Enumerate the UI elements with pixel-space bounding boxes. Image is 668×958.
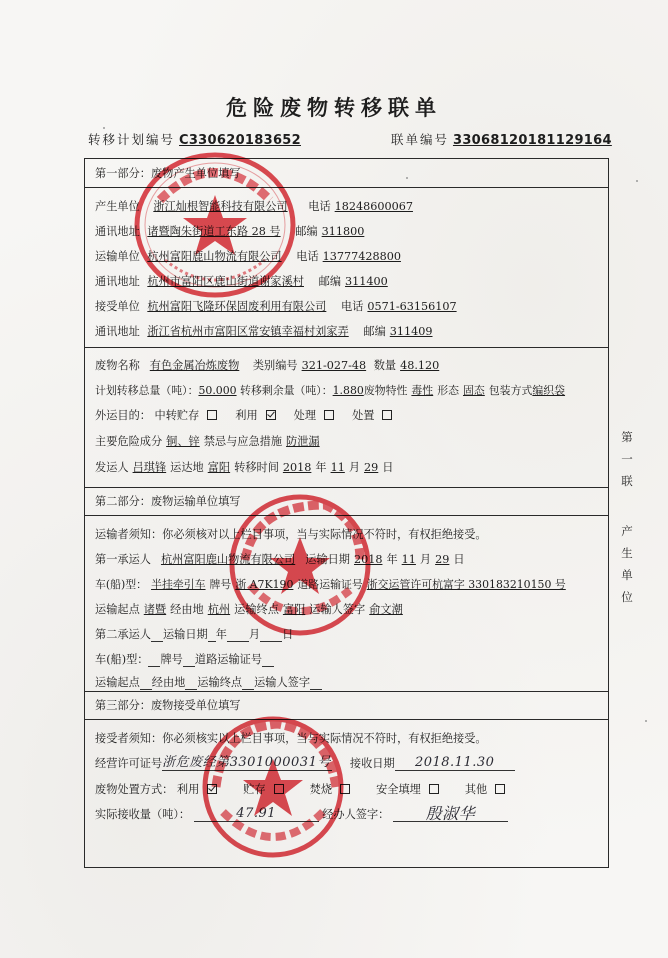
transfer-plan-number: C330620183652 <box>179 133 301 148</box>
hazard-row: 主要危险成分铜、锌禁忌与应急措施防泄漏 <box>95 435 602 449</box>
route2-start-label: 运输起点 <box>95 676 140 689</box>
divider <box>85 187 608 188</box>
transporter-phone: 13777428800 <box>319 250 405 263</box>
producer-address-row: 通讯地址 诸暨陶朱街道工东路 28 号 邮编311800 <box>95 225 602 239</box>
waste-name: 有色金属冶炼废物 <box>140 359 250 372</box>
vehicle1-type-label: 车(船)型： <box>95 578 147 591</box>
disposal-checkbox[interactable] <box>495 784 505 794</box>
shipper-label: 发运人 <box>95 461 129 474</box>
purpose-label: 外运目的： <box>95 409 151 422</box>
day-unit: 日 <box>282 628 293 641</box>
purpose-checkbox[interactable] <box>207 410 217 420</box>
purpose-option-label: 利用 <box>235 409 257 422</box>
waste-quantity-label: 数量 <box>374 359 396 372</box>
handler-signature: 殷淑华 <box>393 807 508 822</box>
form-label: 形态 <box>437 384 459 397</box>
carrier2-row: 第二承运人运输日期年月日 <box>95 628 602 642</box>
month-unit: 月 <box>349 461 360 474</box>
actual-row: 实际接收量（吨）： 47.91 经办人签字： 殷淑华 <box>95 807 602 822</box>
carrier1-value: 杭州富阳鹿山物流有限公司 <box>151 553 305 566</box>
carrier1-day: 29 <box>431 553 453 566</box>
divider <box>85 719 608 720</box>
disposal-checkbox[interactable] <box>429 784 439 794</box>
remaining-amount: 1.880 <box>333 384 364 397</box>
receiver-postcode: 311409 <box>386 325 437 338</box>
purpose-option-label: 处理 <box>294 409 316 422</box>
remaining-label: 转移剩余量（吨）： <box>240 384 333 397</box>
year-unit: 年 <box>386 553 397 566</box>
producer-row: 产生单位 浙江灿根智能科技有限公司 电话18248600067 <box>95 200 602 214</box>
shipper: 吕琪锋 <box>129 461 171 474</box>
transfer-plan-label: 转移计划编号 <box>88 132 175 147</box>
producer-phone-label: 电话 <box>308 200 330 213</box>
waste-category: 321-027-48 <box>298 359 371 372</box>
purpose-checkbox[interactable] <box>266 410 276 420</box>
emergency-measures: 防泄漏 <box>282 435 324 448</box>
vehicle1-permit-label: 道路运输证号 <box>297 578 362 591</box>
route1-signer: 俞文潮 <box>365 603 407 616</box>
waste-row: 废物名称有色金属冶炼废物 类别编号321-027-48 数量48.120 <box>95 359 602 373</box>
vehicle1-type: 半挂牵引车 <box>147 578 209 591</box>
disposal-options: 利用贮存焚烧安全填埋其他 <box>177 783 513 796</box>
packaging: 编织袋 <box>532 384 565 397</box>
destination: 富阳 <box>204 461 234 474</box>
vehicle1-row: 车(船)型：半挂牵引车牌号浙 A7K190道路运输证号浙交运管许可杭富字 330… <box>95 578 602 592</box>
receive-date-label: 接收日期 <box>350 757 395 770</box>
carrier1-row: 第一承运人杭州富阳鹿山物流有限公司运输日期2018年11月29日 <box>95 553 602 567</box>
property-label: 废物特性 <box>364 384 408 397</box>
route1-start-label: 运输起点 <box>95 603 140 616</box>
vehicle1-plate: 浙 A7K190 <box>231 578 297 591</box>
disposal-row: 废物处置方式： 利用贮存焚烧安全填埋其他 <box>95 783 602 797</box>
part1-header: 第一部分：废物产生单位填写 <box>95 167 602 181</box>
actual-amount-label: 实际接收量（吨）： <box>95 808 190 821</box>
manifest-label: 联单编号 <box>391 132 449 147</box>
vehicle1-plate-label: 牌号 <box>210 578 232 591</box>
transfer-day: 29 <box>360 461 382 474</box>
route1-via: 杭州 <box>204 603 234 616</box>
receiver-postcode-label: 邮编 <box>363 325 385 338</box>
receiver-label: 接受单位 <box>95 300 140 313</box>
disposal-checkbox[interactable] <box>207 784 217 794</box>
receive-date: 2018.11.30 <box>395 756 515 771</box>
day-unit: 日 <box>453 553 464 566</box>
producer-postcode: 311800 <box>318 225 369 238</box>
holder-side-label: 产 生 单 位 <box>620 520 634 608</box>
producer-postcode-label: 邮编 <box>295 225 317 238</box>
producer-address-label: 通讯地址 <box>95 225 140 238</box>
amounts-row: 计划转移总量（吨）：50.000 转移剩余量（吨）：1.880废物特性毒性形态固… <box>95 384 602 398</box>
receiver-row: 接受单位 杭州富阳飞隆环保固废利用有限公司 电话0571-63156107 <box>95 300 602 314</box>
purpose-options: 中转贮存利用处理处置 <box>155 409 401 422</box>
disposal-option-label: 安全填埋 <box>376 783 421 796</box>
divider <box>85 487 608 488</box>
transporter-postcode: 311400 <box>341 275 392 288</box>
receiver-address-row: 通讯地址 浙江省杭州市富阳区常安镇幸福村刘家弄 邮编311409 <box>95 325 602 339</box>
measures-label: 禁忌与应急措施 <box>204 435 282 448</box>
carrier1-label: 第一承运人 <box>95 553 151 566</box>
transfer-year: 2018 <box>279 461 315 474</box>
route1-end: 富阳 <box>279 603 309 616</box>
vehicle1-permit: 浙交运管许可杭富字 330183210150 号 <box>363 578 570 591</box>
part2-header: 第二部分：废物运输单位填写 <box>95 495 602 509</box>
receiver-phone-label: 电话 <box>341 300 363 313</box>
divider <box>85 347 608 348</box>
carrier2-label: 第二承运人 <box>95 628 151 641</box>
route2-row: 运输起点经由地运输终点运输人签字 <box>95 676 602 690</box>
route1-signer-label: 运输人签字 <box>309 603 365 616</box>
transporter-notice: 运输者须知：你必须核对以上栏目事项，当与实际情况不符时，有权拒绝接受。 <box>95 528 602 542</box>
producer-value: 浙江灿根智能科技有限公司 <box>143 200 297 213</box>
disposal-option-label: 焚烧 <box>310 783 332 796</box>
side-char: 位 <box>620 586 634 608</box>
disposal-option-label: 其他 <box>465 783 487 796</box>
hazard-label: 主要危险成分 <box>95 435 162 448</box>
carrier2-date-label: 运输日期 <box>163 628 208 641</box>
carrier1-date-label: 运输日期 <box>305 553 350 566</box>
destination-label: 运达地 <box>170 461 204 474</box>
side-char: 联 <box>620 470 634 492</box>
receiver-value: 杭州富阳飞隆环保固废利用有限公司 <box>143 300 330 313</box>
receiver-notice: 接受者须知：你必须核实以上栏目事项，当与实际情况不符时，有权拒绝接受。 <box>95 732 602 746</box>
handler-label: 经办人签字： <box>322 808 389 821</box>
transporter-row: 运输单位 杭州富阳鹿山物流有限公司 电话13777428800 <box>95 250 602 264</box>
route2-via-label: 经由地 <box>152 676 186 689</box>
producer-address: 诸暨陶朱街道工东路 28 号 <box>143 225 284 238</box>
waste-property: 毒性 <box>407 384 437 397</box>
purpose-checkbox[interactable] <box>324 410 334 420</box>
transporter-address-label: 通讯地址 <box>95 275 140 288</box>
manifest-page: 危险废物转移联单 转移计划编号 C330620183652 联单编号 33068… <box>0 0 668 958</box>
route1-start: 诸暨 <box>140 603 170 616</box>
transporter-phone-label: 电话 <box>296 250 318 263</box>
carrier1-year: 2018 <box>350 553 386 566</box>
actual-amount: 47.91 <box>194 807 319 822</box>
disposal-checkbox[interactable] <box>274 784 284 794</box>
month-unit: 月 <box>249 628 260 641</box>
license-row: 经营许可证号浙危废经第3301000031号 接收日期2018.11.30 <box>95 756 602 771</box>
purpose-checkbox[interactable] <box>382 410 392 420</box>
divider <box>85 691 608 692</box>
planned-label: 计划转移总量（吨）： <box>95 384 198 397</box>
waste-category-label: 类别编号 <box>253 359 298 372</box>
transporter-address: 杭州市富阳区鹿山街道谢家溪村 <box>143 275 308 288</box>
waste-quantity: 48.120 <box>396 359 443 372</box>
document-title: 危险废物转移联单 <box>0 92 668 122</box>
license-number: 浙危废经第3301000031号 <box>162 756 332 771</box>
divider <box>85 515 608 516</box>
waste-form: 固态 <box>459 384 489 397</box>
planned-amount: 50.000 <box>198 384 236 397</box>
month-unit: 月 <box>420 553 431 566</box>
side-char: 一 <box>620 448 634 470</box>
year-unit: 年 <box>315 461 326 474</box>
manifest-form: 第一部分：废物产生单位填写 产生单位 浙江灿根智能科技有限公司 电话182486… <box>84 158 609 868</box>
producer-label: 产生单位 <box>95 200 140 213</box>
transporter-value: 杭州富阳鹿山物流有限公司 <box>143 250 285 263</box>
year-unit: 年 <box>216 628 227 641</box>
side-char: 单 <box>620 564 634 586</box>
route2-signer-label: 运输人签字 <box>254 676 310 689</box>
side-char: 第 <box>620 426 634 448</box>
disposal-label: 废物处置方式： <box>95 783 173 796</box>
hazard-components: 铜、锌 <box>162 435 204 448</box>
copy-side-label: 第 一 联 <box>620 426 634 492</box>
transporter-address-row: 通讯地址 杭州市富阳区鹿山街道谢家溪村 邮编311400 <box>95 275 602 289</box>
day-unit: 日 <box>382 461 393 474</box>
part3-header: 第三部分：废物接受单位填写 <box>95 699 602 713</box>
document-numbers: 转移计划编号 C330620183652 联单编号 33068120181129… <box>88 130 612 148</box>
receiver-address-label: 通讯地址 <box>95 325 140 338</box>
disposal-checkbox[interactable] <box>340 784 350 794</box>
purpose-option-label: 中转贮存 <box>155 409 200 422</box>
purpose-option-label: 处置 <box>352 409 374 422</box>
transfer-month: 11 <box>327 461 349 474</box>
manifest-number: 33068120181129164 <box>453 133 612 148</box>
shipping-row: 发运人吕琪锋运达地富阳转移时间2018年11月29日 <box>95 461 602 475</box>
disposal-option-label: 贮存 <box>243 783 265 796</box>
license-label: 经营许可证号 <box>95 757 162 770</box>
vehicle2-type-label: 车(船)型： <box>95 653 148 666</box>
vehicle2-row: 车(船)型：牌号道路运输证号 <box>95 653 602 667</box>
side-char: 产 <box>620 520 634 542</box>
carrier1-month: 11 <box>398 553 420 566</box>
route1-end-label: 运输终点 <box>234 603 279 616</box>
side-char: 生 <box>620 542 634 564</box>
purpose-row: 外运目的： 中转贮存利用处理处置 <box>95 409 602 423</box>
waste-name-label: 废物名称 <box>95 359 140 372</box>
transfer-time-label: 转移时间 <box>234 461 279 474</box>
vehicle2-plate-label: 牌号 <box>160 653 182 666</box>
producer-phone: 18248600067 <box>331 200 417 213</box>
route2-end-label: 运输终点 <box>197 676 242 689</box>
vehicle2-permit-label: 道路运输证号 <box>195 653 262 666</box>
packaging-label: 包装方式 <box>489 384 533 397</box>
route1-row: 运输起点诸暨经由地杭州运输终点富阳运输人签字俞文潮 <box>95 603 602 617</box>
route1-via-label: 经由地 <box>170 603 204 616</box>
transporter-postcode-label: 邮编 <box>319 275 341 288</box>
disposal-option-label: 利用 <box>177 783 199 796</box>
receiver-phone: 0571-63156107 <box>363 300 460 313</box>
receiver-address: 浙江省杭州市富阳区常安镇幸福村刘家弄 <box>143 325 352 338</box>
transporter-label: 运输单位 <box>95 250 140 263</box>
